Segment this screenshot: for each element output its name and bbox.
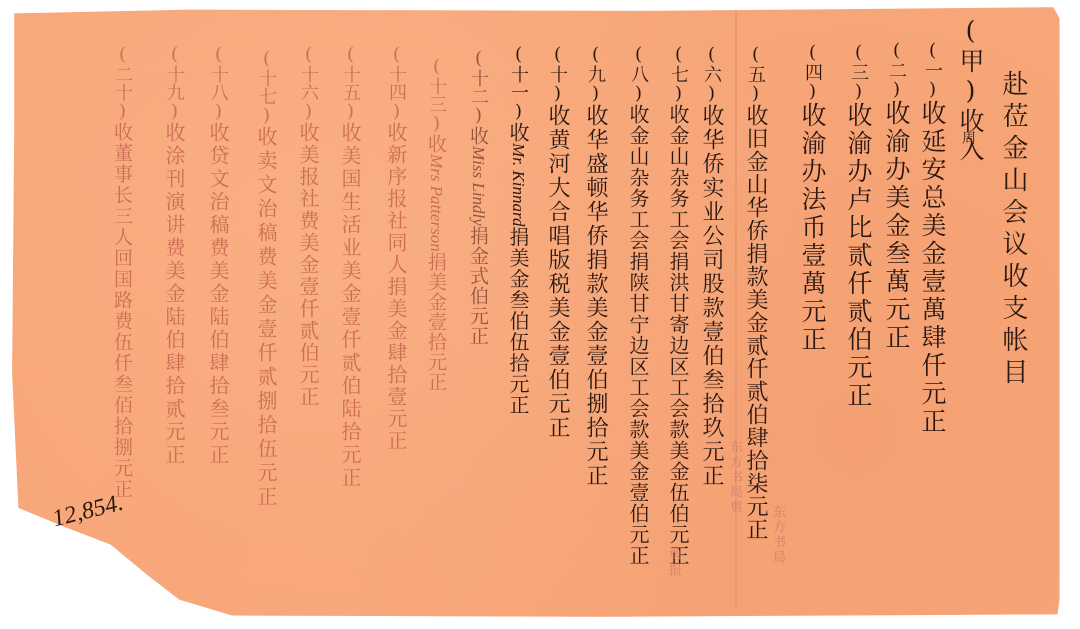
entry-15: (十五)收美国生活业美金壹仟贰伯陆拾元正 (340, 44, 360, 490)
entry-8: (八)收金山杂务工会捐陕甘宁边区工会款美金壹伯元正 (628, 44, 648, 566)
entry-20: (二十)收董事长三人回国路费伍仟叁佰拾捌元正 (112, 44, 131, 500)
entry-7: (七)收金山杂务工会捐洪甘寄边区工会款美金伍伯元正 (668, 44, 688, 566)
entry-18: (十八)收贷文治稿费美金陆伯肆拾叁元正 (208, 44, 228, 467)
entry-17: (十七)收卖文治稿费美金壹仟贰捌拾伍元正 (256, 48, 276, 510)
entry-14: (十四)收新序报社同人捐美金肆拾壹元正 (386, 44, 406, 452)
entry-3: (三)收渝办卢比贰仟贰伯元正 (846, 42, 871, 410)
entry-11: (十一)收Mr. Kinnard捐美金叁伯伍拾元正 (508, 44, 528, 415)
entry-9: (九)收华盛顿华侨捐款美金壹伯捌拾元正 (584, 44, 606, 488)
stamp-2: 东方书局 (768, 505, 787, 565)
entry-12: (十二)收Miss Lindly捐金式伯元正 (468, 48, 487, 346)
document-title: 赴莅金山会议收支帐目 (1000, 70, 1026, 390)
entry-10: (十)收黄河大合唱版税美金壹伯元正 (546, 44, 568, 440)
entry-5: (五)收旧金山华侨捐款美金贰仟贰伯肆拾柒元正 (744, 44, 766, 541)
fold-line (735, 10, 737, 610)
stamp-3: 剪报 (664, 548, 683, 578)
entry-4: (四)收渝办法币壹萬元正 (800, 42, 825, 354)
entry-1: (一)收延安总美金壹萬肆仟元正 (920, 40, 945, 436)
entry-13: (十三)收Mrs Patterson捐美金壹拾元正 (426, 56, 445, 392)
stamp-1: 东方书局剪 (725, 440, 744, 515)
entry-16: (十六)收美报社费美金壹仟贰伯元正 (298, 44, 318, 408)
entry-19: (十九)收涂刊演讲费美金陆伯肆拾贰元正 (164, 44, 184, 467)
entry-6: (六)收华侨实业公司股款壹伯叁拾玖元正 (700, 44, 722, 488)
entry-2: (二)收渝办美金叁萬元正 (884, 40, 909, 352)
section-note: 周 (962, 128, 976, 148)
